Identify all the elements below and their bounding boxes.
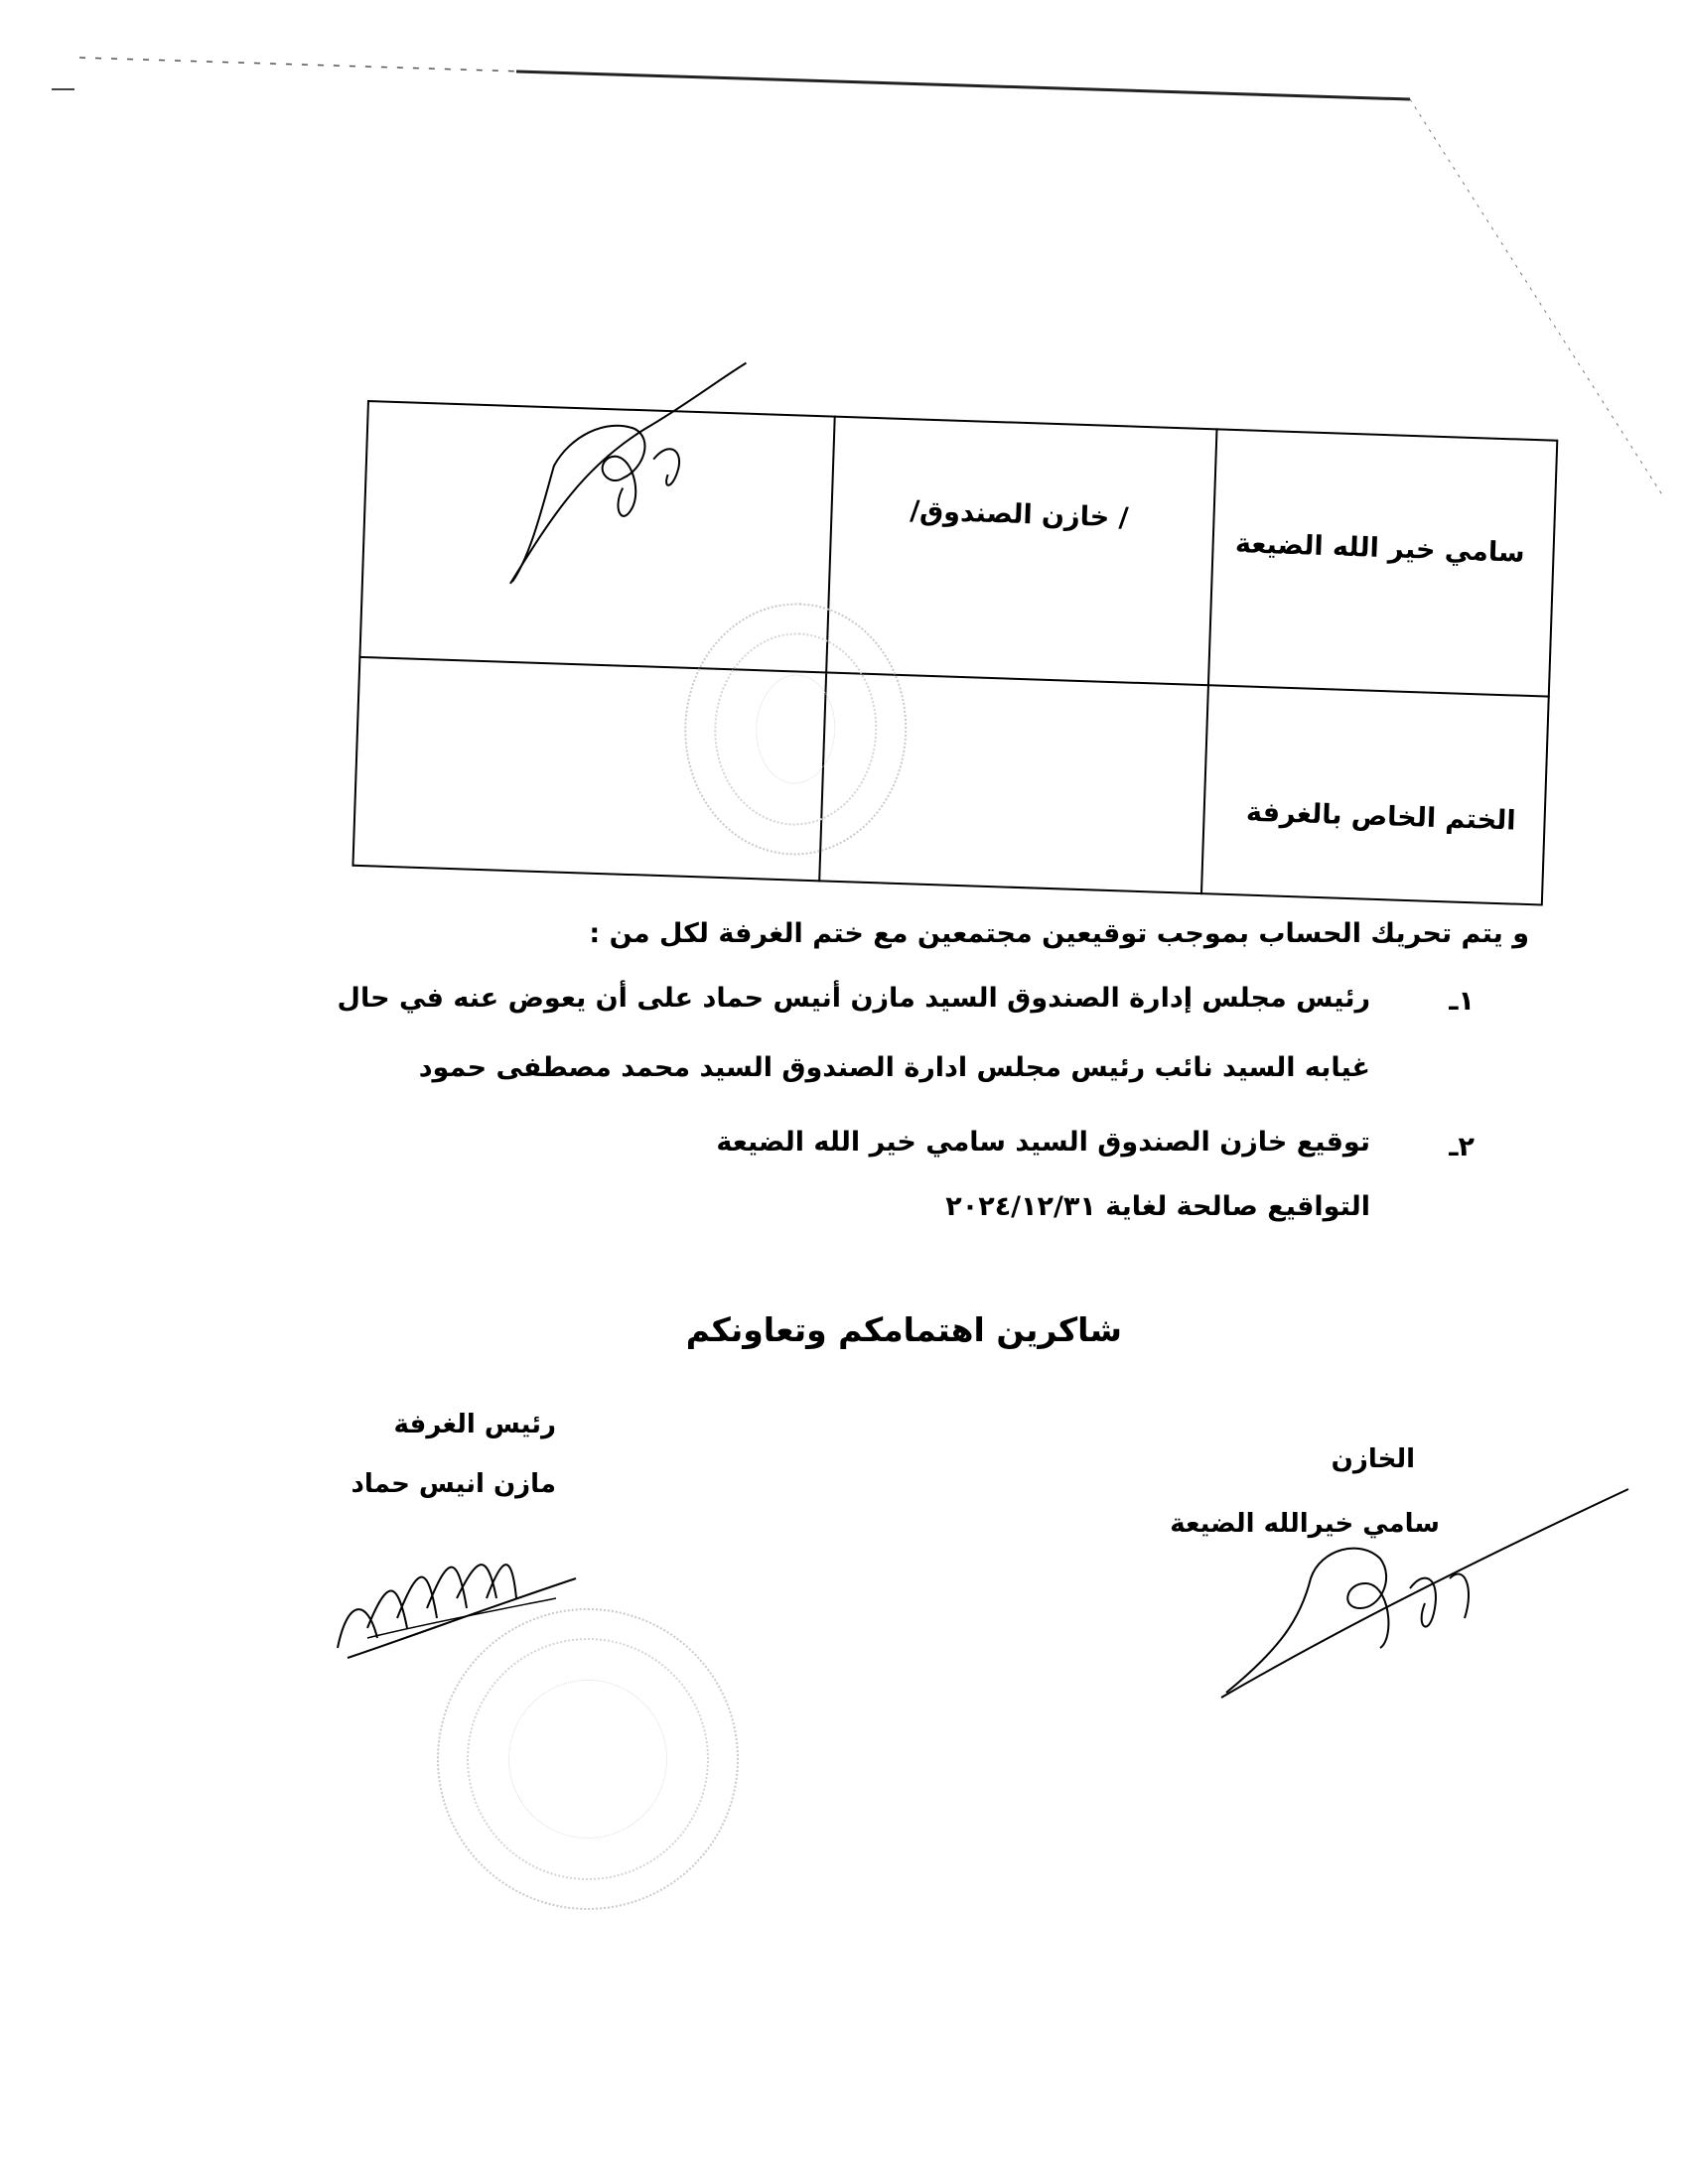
item-2-line-1: توقيع خازن الصندوق السيد سامي خير الله ا…: [716, 1127, 1370, 1158]
item-1-line-1: رئيس مجلس إدارة الصندوق السيد مازن أنيس …: [338, 983, 1370, 1014]
left-signatory-title: رئيس الغرفة: [394, 1410, 556, 1439]
chamber-stamp-footer: [437, 1608, 739, 1910]
treasurer-signature-table: [490, 354, 756, 620]
scanned-letter-page: سامي خير الله الضيعة / خازن الصندوق/ الخ…: [0, 0, 1688, 2184]
item-number: ١ـ: [1449, 986, 1475, 1017]
right-signatory-title: الخازن: [1332, 1444, 1415, 1474]
item-1-line-2: غيابه السيد نائب رئيس مجلس ادارة الصندوق…: [419, 1052, 1370, 1083]
closing-line: شاكرين اهتمامكم وتعاونكم: [686, 1310, 1122, 1349]
item-number: ٢ـ: [1449, 1132, 1475, 1162]
treasurer-signature: [1221, 1479, 1638, 1717]
signature-table: سامي خير الله الضيعة / خازن الصندوق/ الخ…: [352, 400, 1558, 906]
validity-line: التواقيع صالحة لغاية ٢٠٢٤/١٢/٣١: [945, 1191, 1370, 1222]
intro-paragraph: و يتم تحريك الحساب بموجب توقيعين مجتمعين…: [589, 918, 1529, 949]
left-signatory-name: مازن انيس حماد: [352, 1469, 556, 1499]
